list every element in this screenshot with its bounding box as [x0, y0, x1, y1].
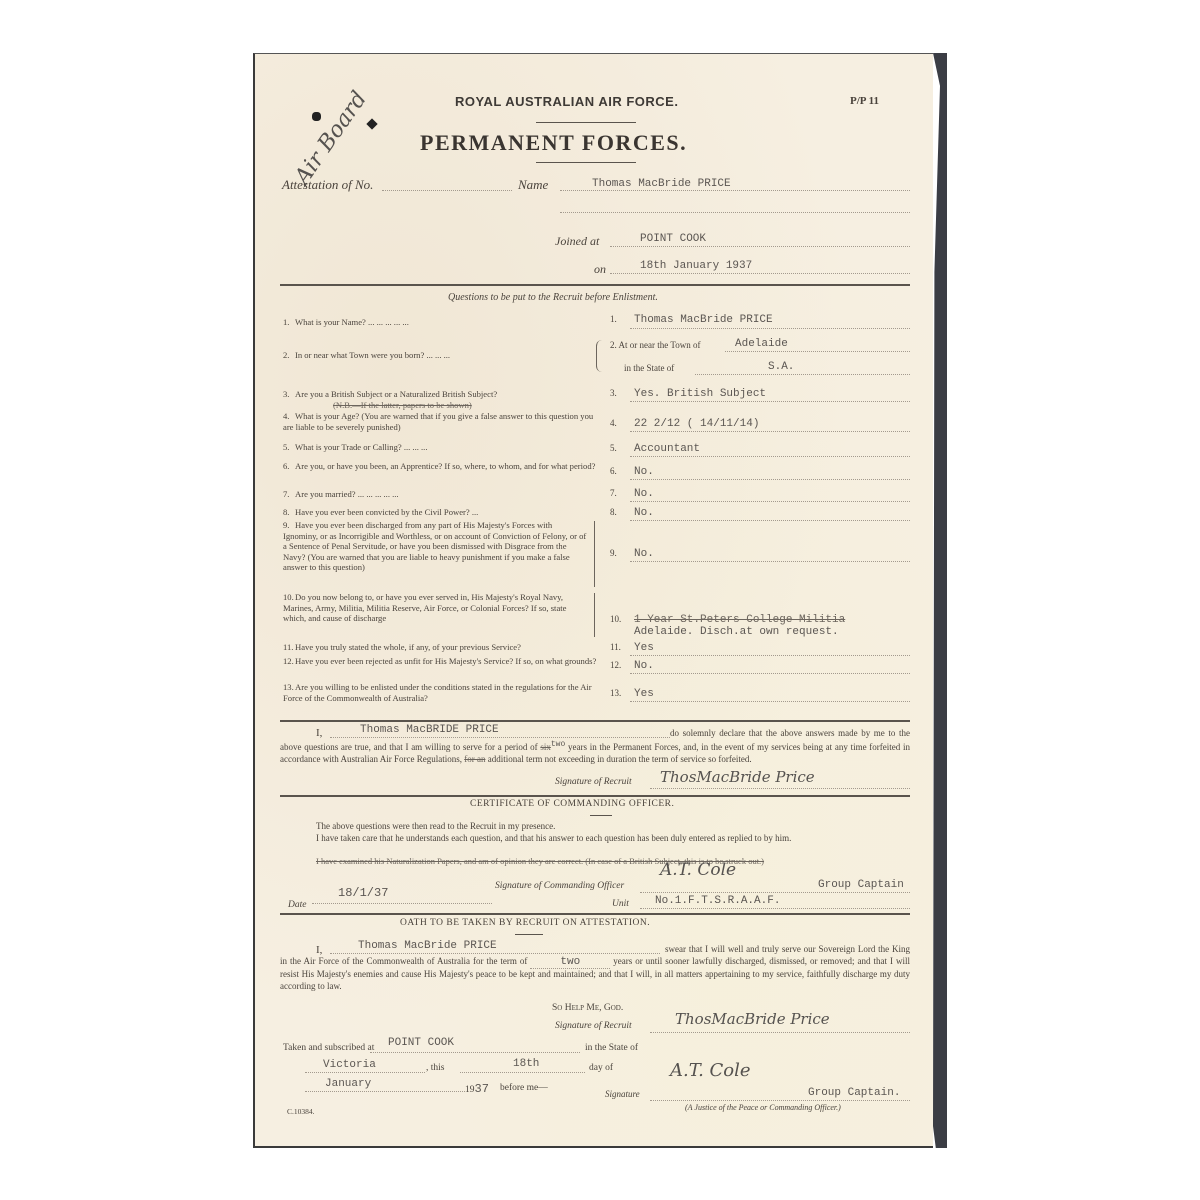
- signature-line: [650, 1032, 910, 1033]
- declaration-text: do solemnly declare that the above answe…: [280, 727, 910, 765]
- answer-line: [630, 431, 910, 432]
- unit-label: Unit: [612, 899, 629, 909]
- name-field-line: [560, 190, 910, 191]
- question-4: 4.What is your Age? (You are warned that…: [283, 411, 598, 432]
- answer-9: 9.No.: [610, 548, 654, 560]
- month-value: January: [325, 1078, 371, 1090]
- answer-4: 4.22 2/12 ( 14/11/14): [610, 418, 759, 430]
- section-divider: [280, 795, 910, 797]
- title-rule-bottom: [536, 162, 636, 163]
- answer-line: [630, 701, 910, 702]
- title-rule-top: [536, 122, 636, 123]
- brace: [596, 340, 603, 372]
- co-signature-label: Signature of Commanding Officer: [495, 881, 624, 891]
- answer-1: 1.Thomas MacBride PRICE: [610, 314, 773, 326]
- state-value: Victoria: [323, 1059, 376, 1071]
- answer-line: [630, 328, 910, 329]
- certificate-struck-line: I have examined his Naturalization Paper…: [280, 855, 910, 867]
- answer-2-town-label: 2. At or near the Town of: [610, 340, 700, 350]
- form-code: P/P 11: [850, 95, 879, 107]
- name-value: Thomas MacBride PRICE: [592, 178, 731, 190]
- unit-value: No.1.F.T.S.R.A.A.F.: [655, 895, 780, 907]
- justice-signature-label: Signature: [605, 1089, 640, 1099]
- oath-recruit-signature-label: Signature of Recruit: [555, 1021, 632, 1031]
- before-me-label: before me—: [500, 1083, 548, 1093]
- answer-5: 5.Accountant: [610, 443, 700, 455]
- answer-line: [630, 456, 910, 457]
- brace: [594, 521, 595, 587]
- question-13: 13.Are you willing to be enlisted under …: [283, 682, 598, 703]
- question-5: 5.What is your Trade or Calling? ... ...…: [283, 442, 598, 453]
- day-of-label: day of: [589, 1063, 613, 1073]
- taken-label: Taken and subscribed at: [283, 1043, 374, 1053]
- page-title: PERMANENT FORCES.: [420, 130, 687, 156]
- answer-10-line-2: Adelaide. Disch.at own request.: [634, 626, 839, 638]
- signature-line: [640, 892, 910, 893]
- punch-hole-mark: [312, 112, 321, 121]
- section-divider: [280, 720, 910, 722]
- justice-note: (A Justice of the Peace or Commanding Of…: [685, 1103, 841, 1112]
- answer-12: 12.No.: [610, 660, 654, 672]
- question-7: 7.Are you married? ... ... ... ... ...: [283, 489, 598, 500]
- oath-recruit-signature: ThosMacBride Price: [675, 1010, 830, 1028]
- answer-line: [695, 374, 910, 375]
- answer-line: [630, 655, 910, 656]
- answer-7: 7.No.: [610, 488, 654, 500]
- section-divider: [280, 913, 910, 915]
- answer-13: 13.Yes: [610, 688, 654, 700]
- question-9: 9.Have you ever been discharged from any…: [283, 520, 588, 573]
- justice-signature: A.T. Cole: [670, 1060, 751, 1081]
- co-rank: Group Captain: [818, 879, 904, 891]
- certificate-line-2: I have taken care that he understands ea…: [280, 832, 910, 844]
- answer-6: 6.No.: [610, 466, 654, 478]
- joined-at-label: Joined at: [555, 234, 599, 249]
- question-3-note: (N.B.—If the latter, papers to be shown): [283, 400, 598, 411]
- date-line: [312, 903, 492, 904]
- on-label: on: [594, 262, 606, 277]
- joined-at-value: POINT COOK: [640, 233, 706, 245]
- question-11: 11.Have you truly stated the whole, if a…: [283, 642, 598, 653]
- question-3: 3.Are you a British Subject or a Natural…: [283, 389, 598, 410]
- answer-8: 8.No.: [610, 507, 654, 519]
- taken-value: POINT COOK: [388, 1037, 454, 1049]
- date-value: 18/1/37: [338, 886, 388, 900]
- answer-line: [630, 401, 910, 402]
- recruit-signature: ThosMacBride Price: [660, 768, 815, 786]
- taken-line: [370, 1052, 580, 1053]
- certificate-heading: CERTIFICATE OF COMMANDING OFFICER.: [470, 799, 674, 809]
- day-line: [460, 1072, 585, 1073]
- brace: [594, 593, 595, 637]
- answer-2-town: Adelaide: [735, 338, 788, 350]
- answer-3: 3.Yes. British Subject: [610, 388, 766, 400]
- year-value: 1937: [465, 1082, 489, 1096]
- org-name: ROYAL AUSTRALIAN AIR FORCE.: [455, 94, 678, 109]
- date-label: Date: [288, 900, 306, 910]
- declaration-signature-label: Signature of Recruit: [555, 777, 632, 787]
- justice-rank: Group Captain.: [808, 1087, 900, 1099]
- heading-rule: [590, 815, 612, 816]
- answer-2-state-label: in the State of: [624, 363, 674, 373]
- answer-line: [630, 673, 910, 674]
- day-value: 18th: [513, 1058, 539, 1070]
- joined-date-value: 18th January 1937: [640, 260, 752, 272]
- month-line: [305, 1091, 465, 1092]
- commanding-officer-signature: A.T. Cole: [660, 860, 736, 880]
- oath-heading: OATH TO BE TAKEN BY RECRUIT ON ATTESTATI…: [400, 918, 650, 928]
- questions-heading: Questions to be put to the Recruit befor…: [448, 292, 658, 303]
- this-label: , this: [426, 1063, 444, 1073]
- question-12: 12.Have you ever been rejected as unfit …: [283, 656, 598, 667]
- on-line: [610, 273, 910, 274]
- form-number: C.10384.: [287, 1107, 315, 1116]
- attestation-no-field: [382, 190, 512, 191]
- unit-line: [640, 908, 910, 909]
- so-help-me-god: So Help Me, God.: [552, 1003, 623, 1013]
- signature-line: [650, 1100, 910, 1101]
- heading-rule: [515, 934, 543, 935]
- answer-line: [725, 351, 910, 352]
- oath-text: swear that I will well and truly serve o…: [280, 943, 910, 992]
- question-10: 10.Do you now belong to, or have you eve…: [283, 592, 588, 624]
- attestation-no-label: Attestation of No.: [282, 177, 373, 193]
- answer-line: [630, 520, 910, 521]
- answer-10: 10.1 Year St.Peters College Militia: [610, 614, 845, 626]
- question-6: 6.Are you, or have you been, an Apprenti…: [283, 461, 598, 472]
- state-label: in the State of: [585, 1043, 638, 1053]
- answer-line: [630, 479, 910, 480]
- joined-at-line: [610, 246, 910, 247]
- signature-line: [650, 788, 910, 789]
- name-field-line-2: [560, 212, 910, 213]
- question-1: 1.What is your Name? ... ... ... ... ...: [283, 317, 598, 328]
- certificate-line-1: The above questions were then read to th…: [280, 820, 910, 832]
- page-edge-shadow: [933, 53, 947, 1148]
- answer-11: 11.Yes: [610, 642, 654, 654]
- question-2: 2.In or near what Town were you born? ..…: [283, 350, 598, 361]
- state-line: [305, 1072, 425, 1073]
- answer-2-state: S.A.: [768, 361, 794, 373]
- section-divider: [280, 284, 910, 286]
- answer-line: [630, 561, 910, 562]
- answer-line: [630, 501, 910, 502]
- question-8: 8.Have you ever been convicted by the Ci…: [283, 507, 598, 518]
- name-label: Name: [518, 177, 548, 193]
